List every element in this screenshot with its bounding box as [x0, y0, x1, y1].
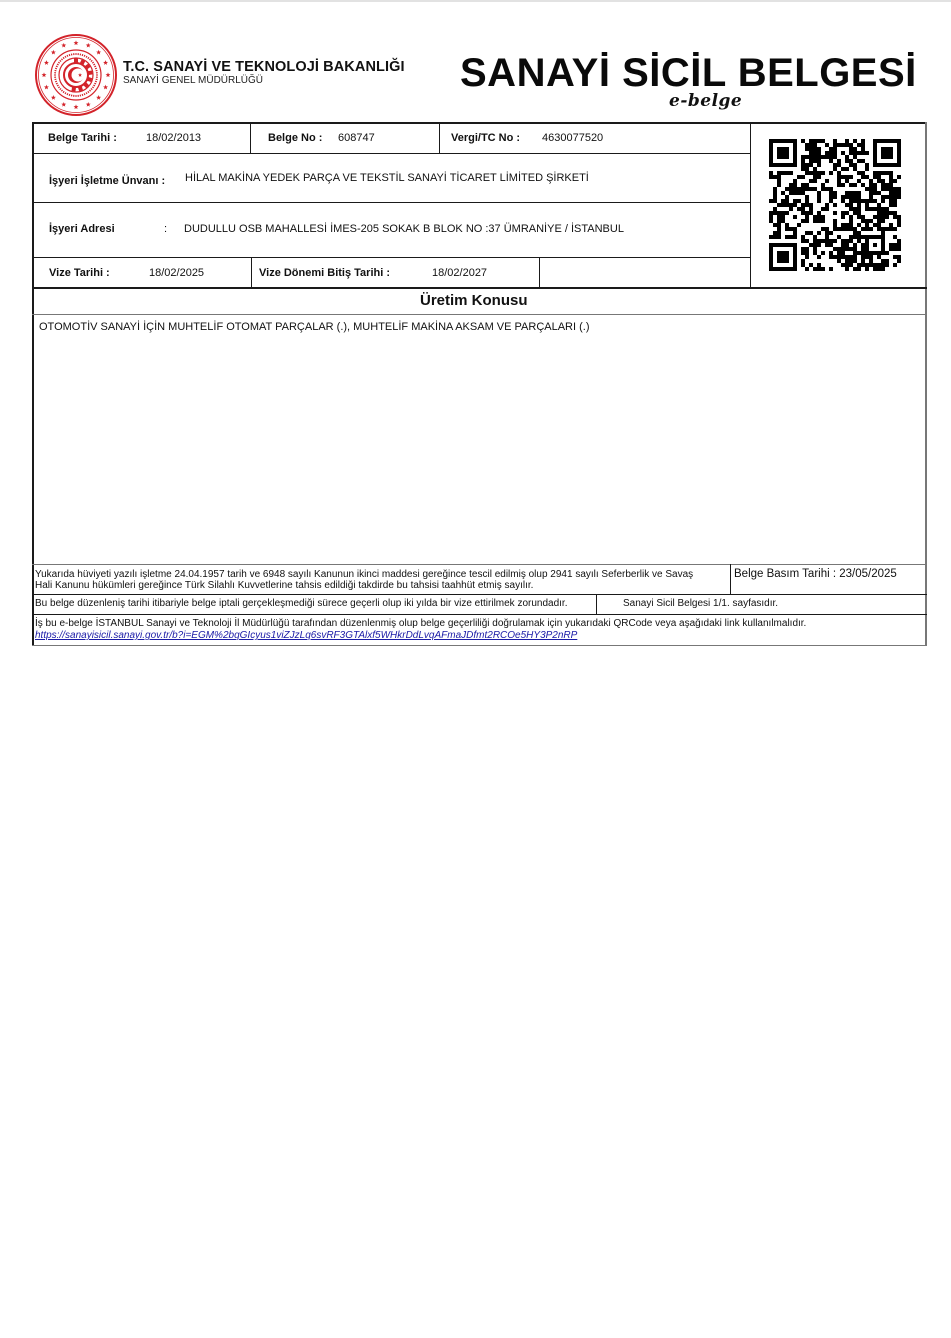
- document-title: SANAYİ SİCİL BELGESİ: [460, 50, 917, 96]
- belge-no-label: Belge No :: [268, 132, 322, 145]
- vize-bitis-value: 18/02/2027: [432, 267, 487, 280]
- legal-text-line-1: Yukarıda hüviyeti yazılı işletme 24.04.1…: [35, 569, 693, 580]
- verification-link[interactable]: https://sanayisicil.sanayi.gov.tr/b?i=EG…: [35, 629, 577, 642]
- legal-text-line-2: Hali Kanunu hükümleri gereğince Türk Sil…: [35, 580, 533, 591]
- print-date: Belge Basım Tarihi : 23/05/2025: [734, 568, 897, 581]
- unvan-label: İşyeri İşletme Ünvanı :: [49, 175, 165, 188]
- production-content: OTOMOTİV SANAYİ İÇİN MUHTELİF OTOMAT PAR…: [39, 321, 590, 334]
- vize-tarihi-value: 18/02/2025: [149, 267, 204, 280]
- belge-tarihi-value: 18/02/2013: [146, 132, 201, 145]
- vergi-no-label: Vergi/TC No :: [451, 132, 520, 145]
- belge-tarihi-label: Belge Tarihi :: [48, 132, 117, 145]
- directorate-name: SANAYİ GENEL MÜDÜRLÜĞÜ: [123, 75, 405, 87]
- adres-colon: :: [164, 223, 167, 236]
- ministry-name: T.C. SANAYİ VE TEKNOLOJİ BAKANLIĞI: [123, 59, 405, 75]
- adres-label: İşyeri Adresi: [49, 223, 115, 236]
- belge-no-value: 608747: [338, 132, 375, 145]
- vize-tarihi-label: Vize Tarihi :: [49, 267, 110, 280]
- ministry-seal-icon: [34, 33, 118, 117]
- document-subtitle: e-belge: [669, 91, 742, 111]
- qr-code-icon[interactable]: [769, 139, 901, 271]
- verification-note: İş bu e-belge İSTANBUL Sanayi ve Teknolo…: [35, 618, 806, 629]
- unvan-value: HİLAL MAKİNA YEDEK PARÇA VE TEKSTİL SANA…: [185, 172, 589, 185]
- vize-bitis-label: Vize Dönemi Bitiş Tarihi :: [259, 267, 390, 280]
- adres-value: DUDULLU OSB MAHALLESİ İMES-205 SOKAK B B…: [184, 223, 624, 236]
- ministry-header: T.C. SANAYİ VE TEKNOLOJİ BAKANLIĞI SANAY…: [123, 59, 405, 87]
- page-info: Sanayi Sicil Belgesi 1/1. sayfasıdır.: [623, 598, 778, 609]
- production-title: Üretim Konusu: [420, 292, 528, 309]
- page-top-edge: [0, 0, 951, 2]
- vergi-no-value: 4630077520: [542, 132, 603, 145]
- validity-note: Bu belge düzenleniş tarihi itibariyle be…: [35, 598, 568, 609]
